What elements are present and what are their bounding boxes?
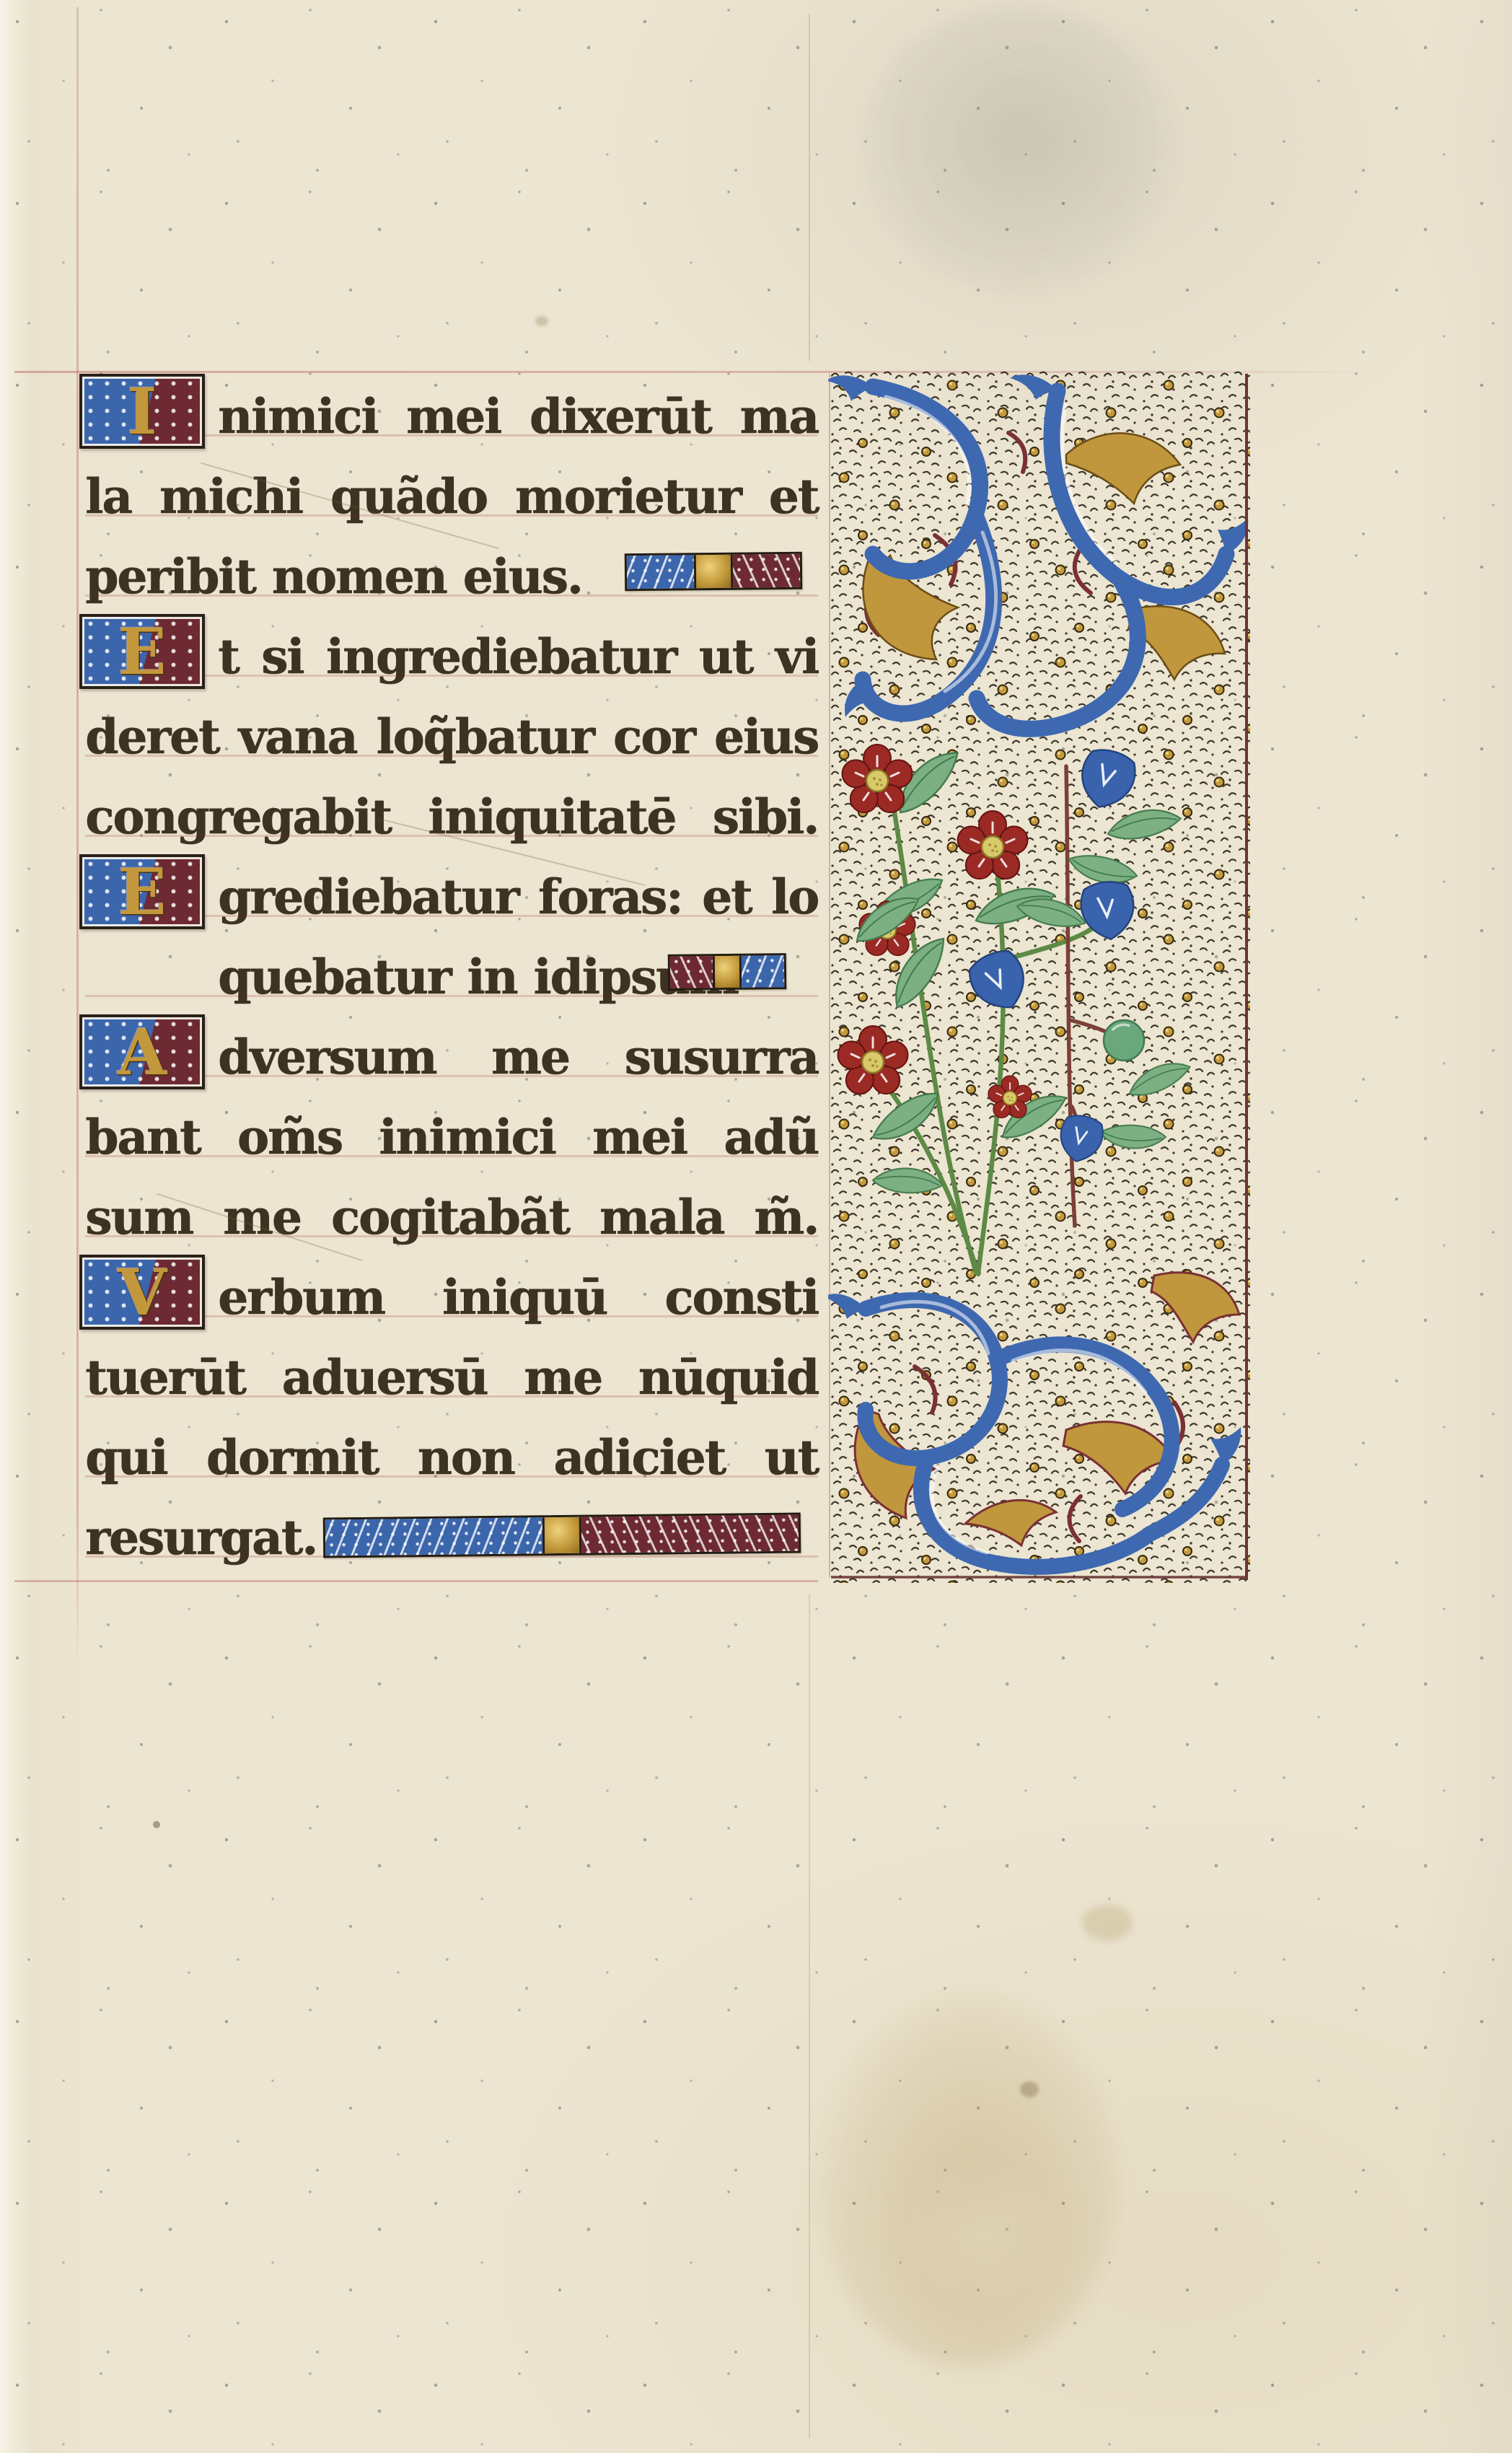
line-filler-ornament xyxy=(625,552,803,592)
filler-maroon-segment xyxy=(670,956,713,988)
illuminated-initial-V: V xyxy=(79,1255,205,1330)
text-line: tuerūt aduersū me nūquid xyxy=(85,1338,818,1418)
illuminated-initial-I: I xyxy=(79,374,205,449)
stain xyxy=(895,2150,1068,2316)
line-filler-ornament xyxy=(668,953,787,991)
stain xyxy=(1020,2081,1039,2097)
filler-blue-segment xyxy=(325,1517,543,1555)
stain xyxy=(535,316,548,326)
illuminated-initial-E: E xyxy=(79,614,205,689)
parchment-crease-bottom xyxy=(809,1594,810,2439)
manuscript-page: nimici mei dixerūt ma la michi quãdo mor… xyxy=(0,0,1512,2453)
filler-blue-segment xyxy=(627,555,694,589)
filler-maroon-segment xyxy=(733,554,800,588)
filler-gold-segment xyxy=(542,1517,582,1554)
illuminated-initial-E: E xyxy=(79,854,205,929)
filler-gold-segment xyxy=(713,956,742,988)
text-line: la michi quãdo morietur et xyxy=(85,457,818,537)
stain xyxy=(858,7,1176,296)
line-filler-ornament-long xyxy=(323,1513,801,1558)
text-line: qui dormit non adiciet ut xyxy=(85,1418,818,1498)
stain xyxy=(815,1991,1118,2366)
green-bud xyxy=(1104,1020,1144,1061)
text-line: sum me cogitabãt mala m̃. xyxy=(85,1177,818,1258)
filler-gold-segment xyxy=(694,555,733,589)
text-line: bant om̃s inimici mei adũ xyxy=(85,1097,818,1177)
text-line: deret vana loq̃batur cor eius xyxy=(85,697,818,777)
illuminated-initial-A: A xyxy=(79,1014,205,1089)
stain xyxy=(153,1821,160,1828)
floral-border-panel xyxy=(828,371,1250,1583)
ruling-line-bottom xyxy=(14,1580,818,1582)
ruling-line-left-vertical xyxy=(76,7,79,1667)
text-line: congregabit iniquitatē sibi. xyxy=(85,777,818,857)
stain xyxy=(1082,1905,1133,1941)
filler-blue-segment xyxy=(742,955,784,988)
filler-maroon-segment xyxy=(581,1515,799,1553)
parchment-crease-top xyxy=(809,14,810,361)
